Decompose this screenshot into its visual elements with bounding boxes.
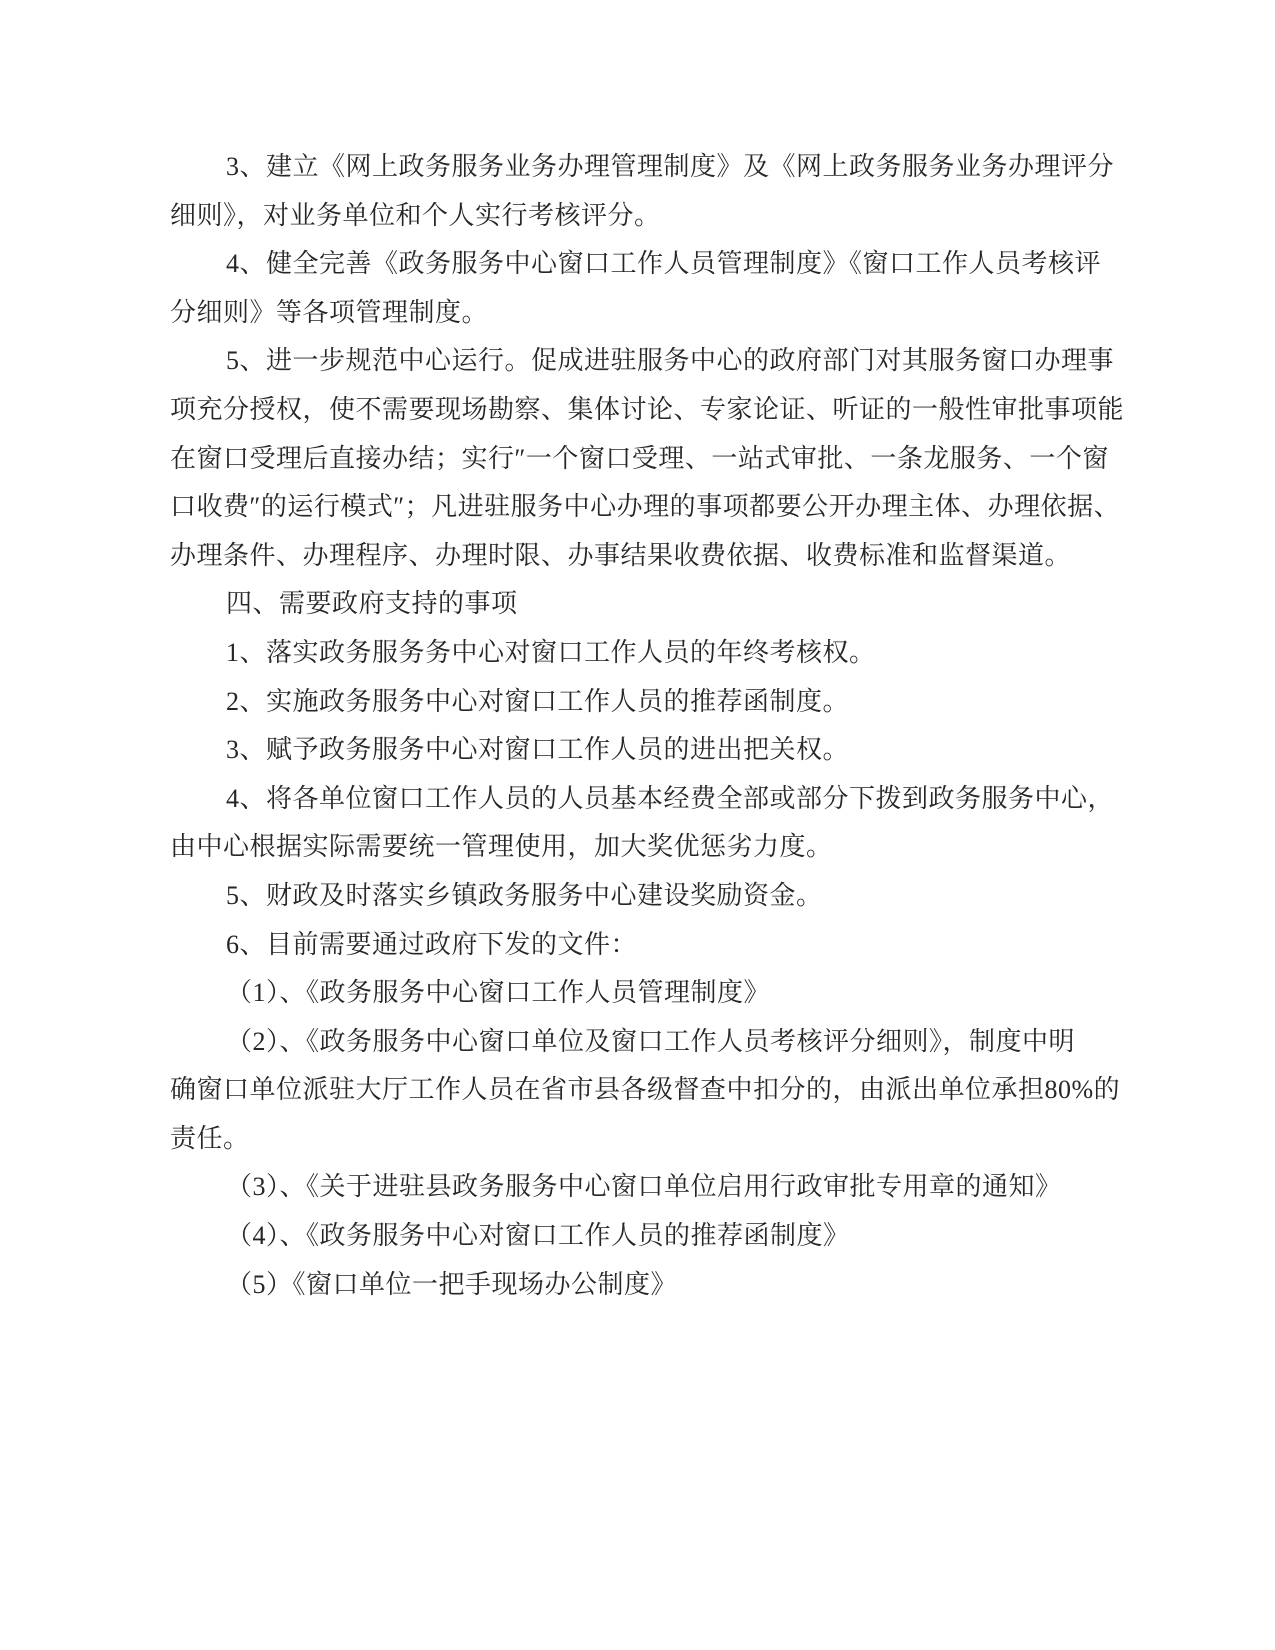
text-line: （4）、《政务服务中心对窗口工作人员的推荐函制度》 — [170, 1212, 1105, 1261]
text-line: 在窗口受理后直接办结；实行″一个窗口受理、一站式审批、一条龙服务、一个窗 — [170, 435, 1105, 484]
text-line: 3、赋予政务服务中心对窗口工作人员的进出把关权。 — [170, 726, 1105, 775]
text-line: 项充分授权，使不需要现场勘察、集体讨论、专家论证、听证的一般性审批事项能 — [170, 386, 1105, 435]
document-page: 3、建立《网上政务服务业务办理管理制度》及《网上政务服务业务办理评分细则》，对业… — [0, 0, 1275, 1650]
text-line: 确窗口单位派驻大厅工作人员在省市县各级督查中扣分的，由派出单位承担80%的 — [170, 1066, 1105, 1115]
text-line: 由中心根据实际需要统一管理使用，加大奖优惩劣力度。 — [170, 823, 1105, 872]
document-body: 3、建立《网上政务服务业务办理管理制度》及《网上政务服务业务办理评分细则》，对业… — [170, 143, 1105, 1309]
text-line: 责任。 — [170, 1115, 1105, 1164]
text-line: 细则》，对业务单位和个人实行考核评分。 — [170, 192, 1105, 241]
text-line: 分细则》等各项管理制度。 — [170, 289, 1105, 338]
text-line: 口收费″的运行模式″；凡进驻服务中心办理的事项都要公开办理主体、办理依据、 — [170, 483, 1105, 532]
text-line: 4、将各单位窗口工作人员的人员基本经费全部或部分下拨到政务服务中心， — [170, 775, 1105, 824]
text-line: 5、财政及时落实乡镇政务服务中心建设奖励资金。 — [170, 872, 1105, 921]
text-line: （3）、《关于进驻县政务服务中心窗口单位启用行政审批专用章的通知》 — [170, 1163, 1105, 1212]
text-line: 6、目前需要通过政府下发的文件： — [170, 921, 1105, 970]
text-line: 1、落实政务服务务中心对窗口工作人员的年终考核权。 — [170, 629, 1105, 678]
text-line: （1）、《政务服务中心窗口工作人员管理制度》 — [170, 969, 1105, 1018]
text-line: 5、进一步规范中心运行。促成进驻服务中心的政府部门对其服务窗口办理事 — [170, 337, 1105, 386]
text-line: 3、建立《网上政务服务业务办理管理制度》及《网上政务服务业务办理评分 — [170, 143, 1105, 192]
text-line: （2）、《政务服务中心窗口单位及窗口工作人员考核评分细则》，制度中明 — [170, 1018, 1105, 1067]
text-line: 四、需要政府支持的事项 — [170, 580, 1105, 629]
text-line: （5）《窗口单位一把手现场办公制度》 — [170, 1261, 1105, 1310]
text-line: 2、实施政务服务中心对窗口工作人员的推荐函制度。 — [170, 678, 1105, 727]
text-line: 4、健全完善《政务服务中心窗口工作人员管理制度》《窗口工作人员考核评 — [170, 240, 1105, 289]
text-line: 办理条件、办理程序、办理时限、办事结果收费依据、收费标准和监督渠道。 — [170, 532, 1105, 581]
